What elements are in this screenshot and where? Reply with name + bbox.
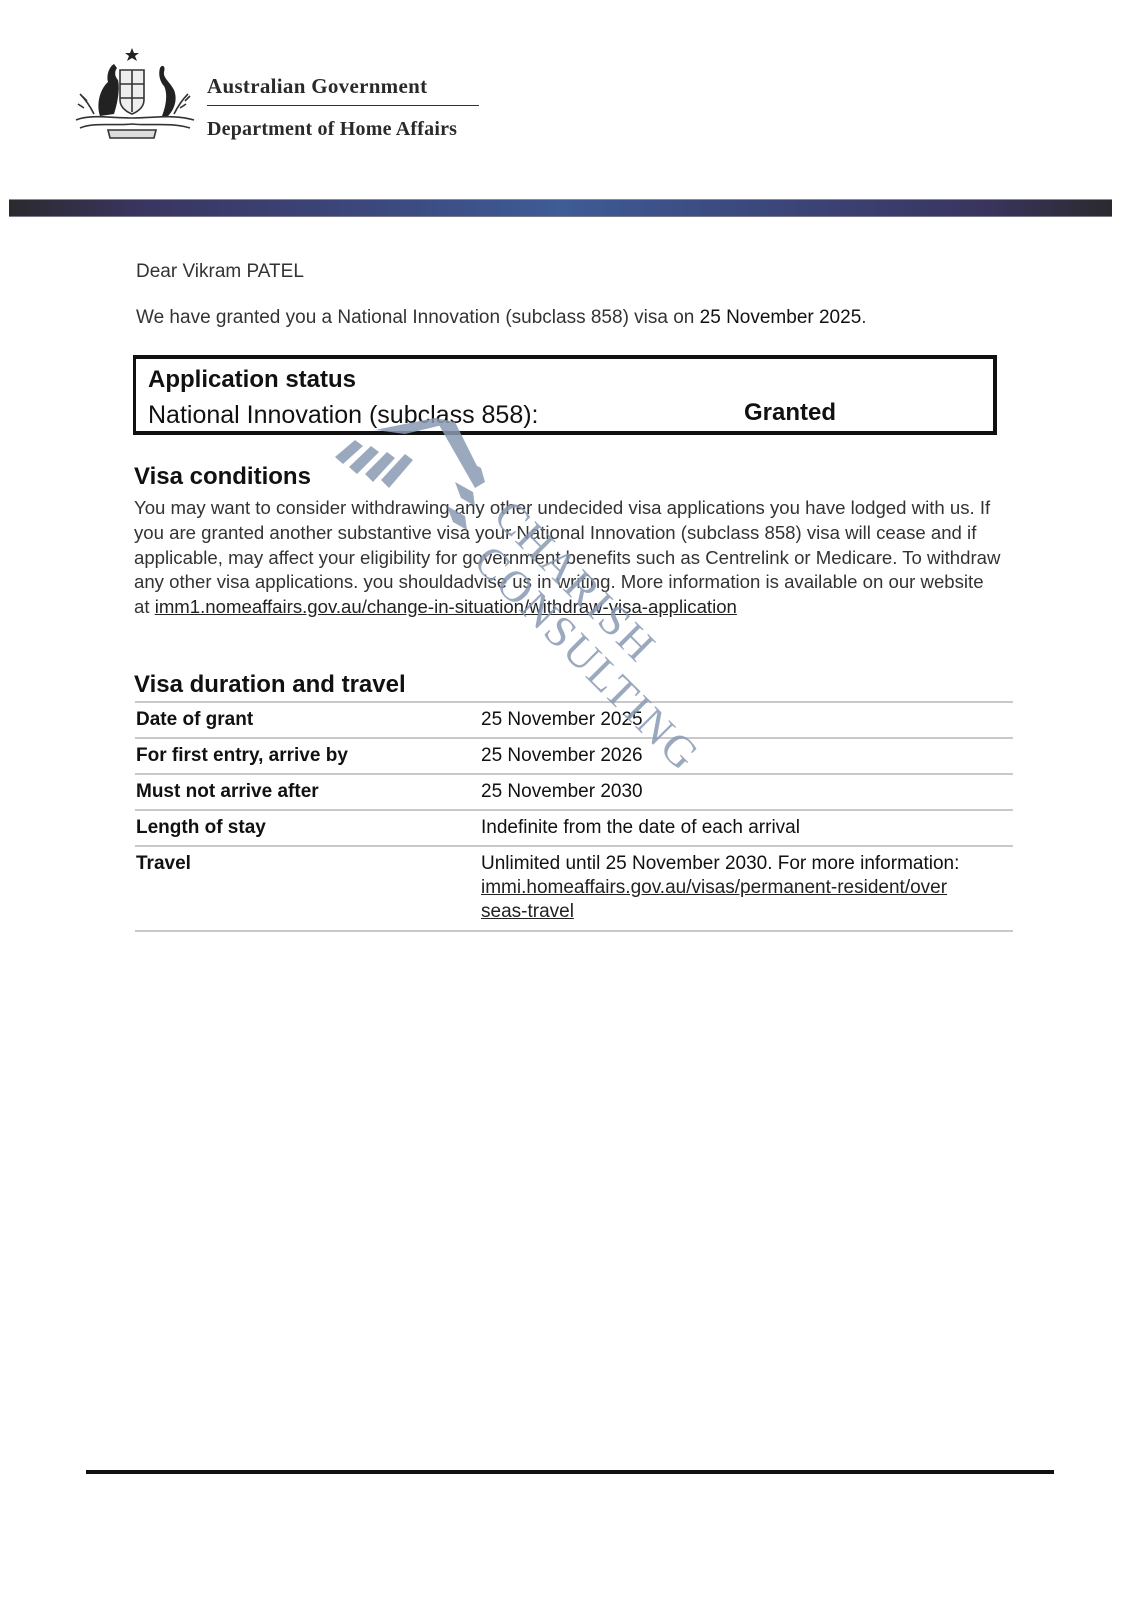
department-title: Department of Home Affairs [207,118,479,141]
row-label: Length of stay [135,810,480,846]
row-value: Indefinite from the date of each arrival [480,810,1013,846]
table-row: For first entry, arrive by 25 November 2… [135,738,1013,774]
status-badge: Granted [744,399,836,427]
row-value: Unlimited until 25 November 2030. For mo… [480,846,1013,931]
header-banner [9,199,1112,217]
application-status-box: Application status National Innovation (… [133,355,997,435]
visa-conditions-text: You may want to consider withdrawing any… [134,496,1004,620]
row-label: For first entry, arrive by [135,738,480,774]
table-row: Must not arrive after 25 November 2030 [135,774,1013,810]
overseas-travel-link[interactable]: immi.homeaffairs.gov.au/visas/permanent-… [481,876,951,924]
row-value: 25 November 2030 [480,774,1013,810]
row-label: Must not arrive after [135,774,480,810]
row-value: 25 November 2025 [480,702,1013,738]
grant-date: 25 November 2025 [700,307,862,328]
visa-conditions-title: Visa conditions [134,463,311,491]
visa-name: National Innovation (subclass 858): [148,401,539,430]
table-row: Travel Unlimited until 25 November 2030.… [135,846,1013,931]
coat-of-arms-icon [70,44,200,144]
travel-text: Unlimited until 25 November 2030. For mo… [481,852,1011,876]
agency-name: Australian Government Department of Home… [207,74,479,141]
row-value: 25 November 2026 [480,738,1013,774]
row-label: Travel [135,846,480,931]
government-title: Australian Government [207,74,479,106]
grant-notice: We have granted you a National Innovatio… [136,307,867,329]
footer-divider [86,1470,1054,1474]
table-row: Date of grant 25 November 2025 [135,702,1013,738]
visa-duration-title: Visa duration and travel [134,671,406,699]
application-status-title: Application status [148,366,356,394]
withdraw-visa-link[interactable]: imm1.nomeaffairs.gov.au/change-in-situat… [155,596,737,617]
grant-notice-end: . [861,307,866,328]
greeting: Dear Vikram PATEL [136,261,304,283]
row-label: Date of grant [135,702,480,738]
table-row: Length of stay Indefinite from the date … [135,810,1013,846]
grant-notice-text: We have granted you a National Innovatio… [136,307,700,328]
visa-duration-table: Date of grant 25 November 2025 For first… [135,701,1013,932]
